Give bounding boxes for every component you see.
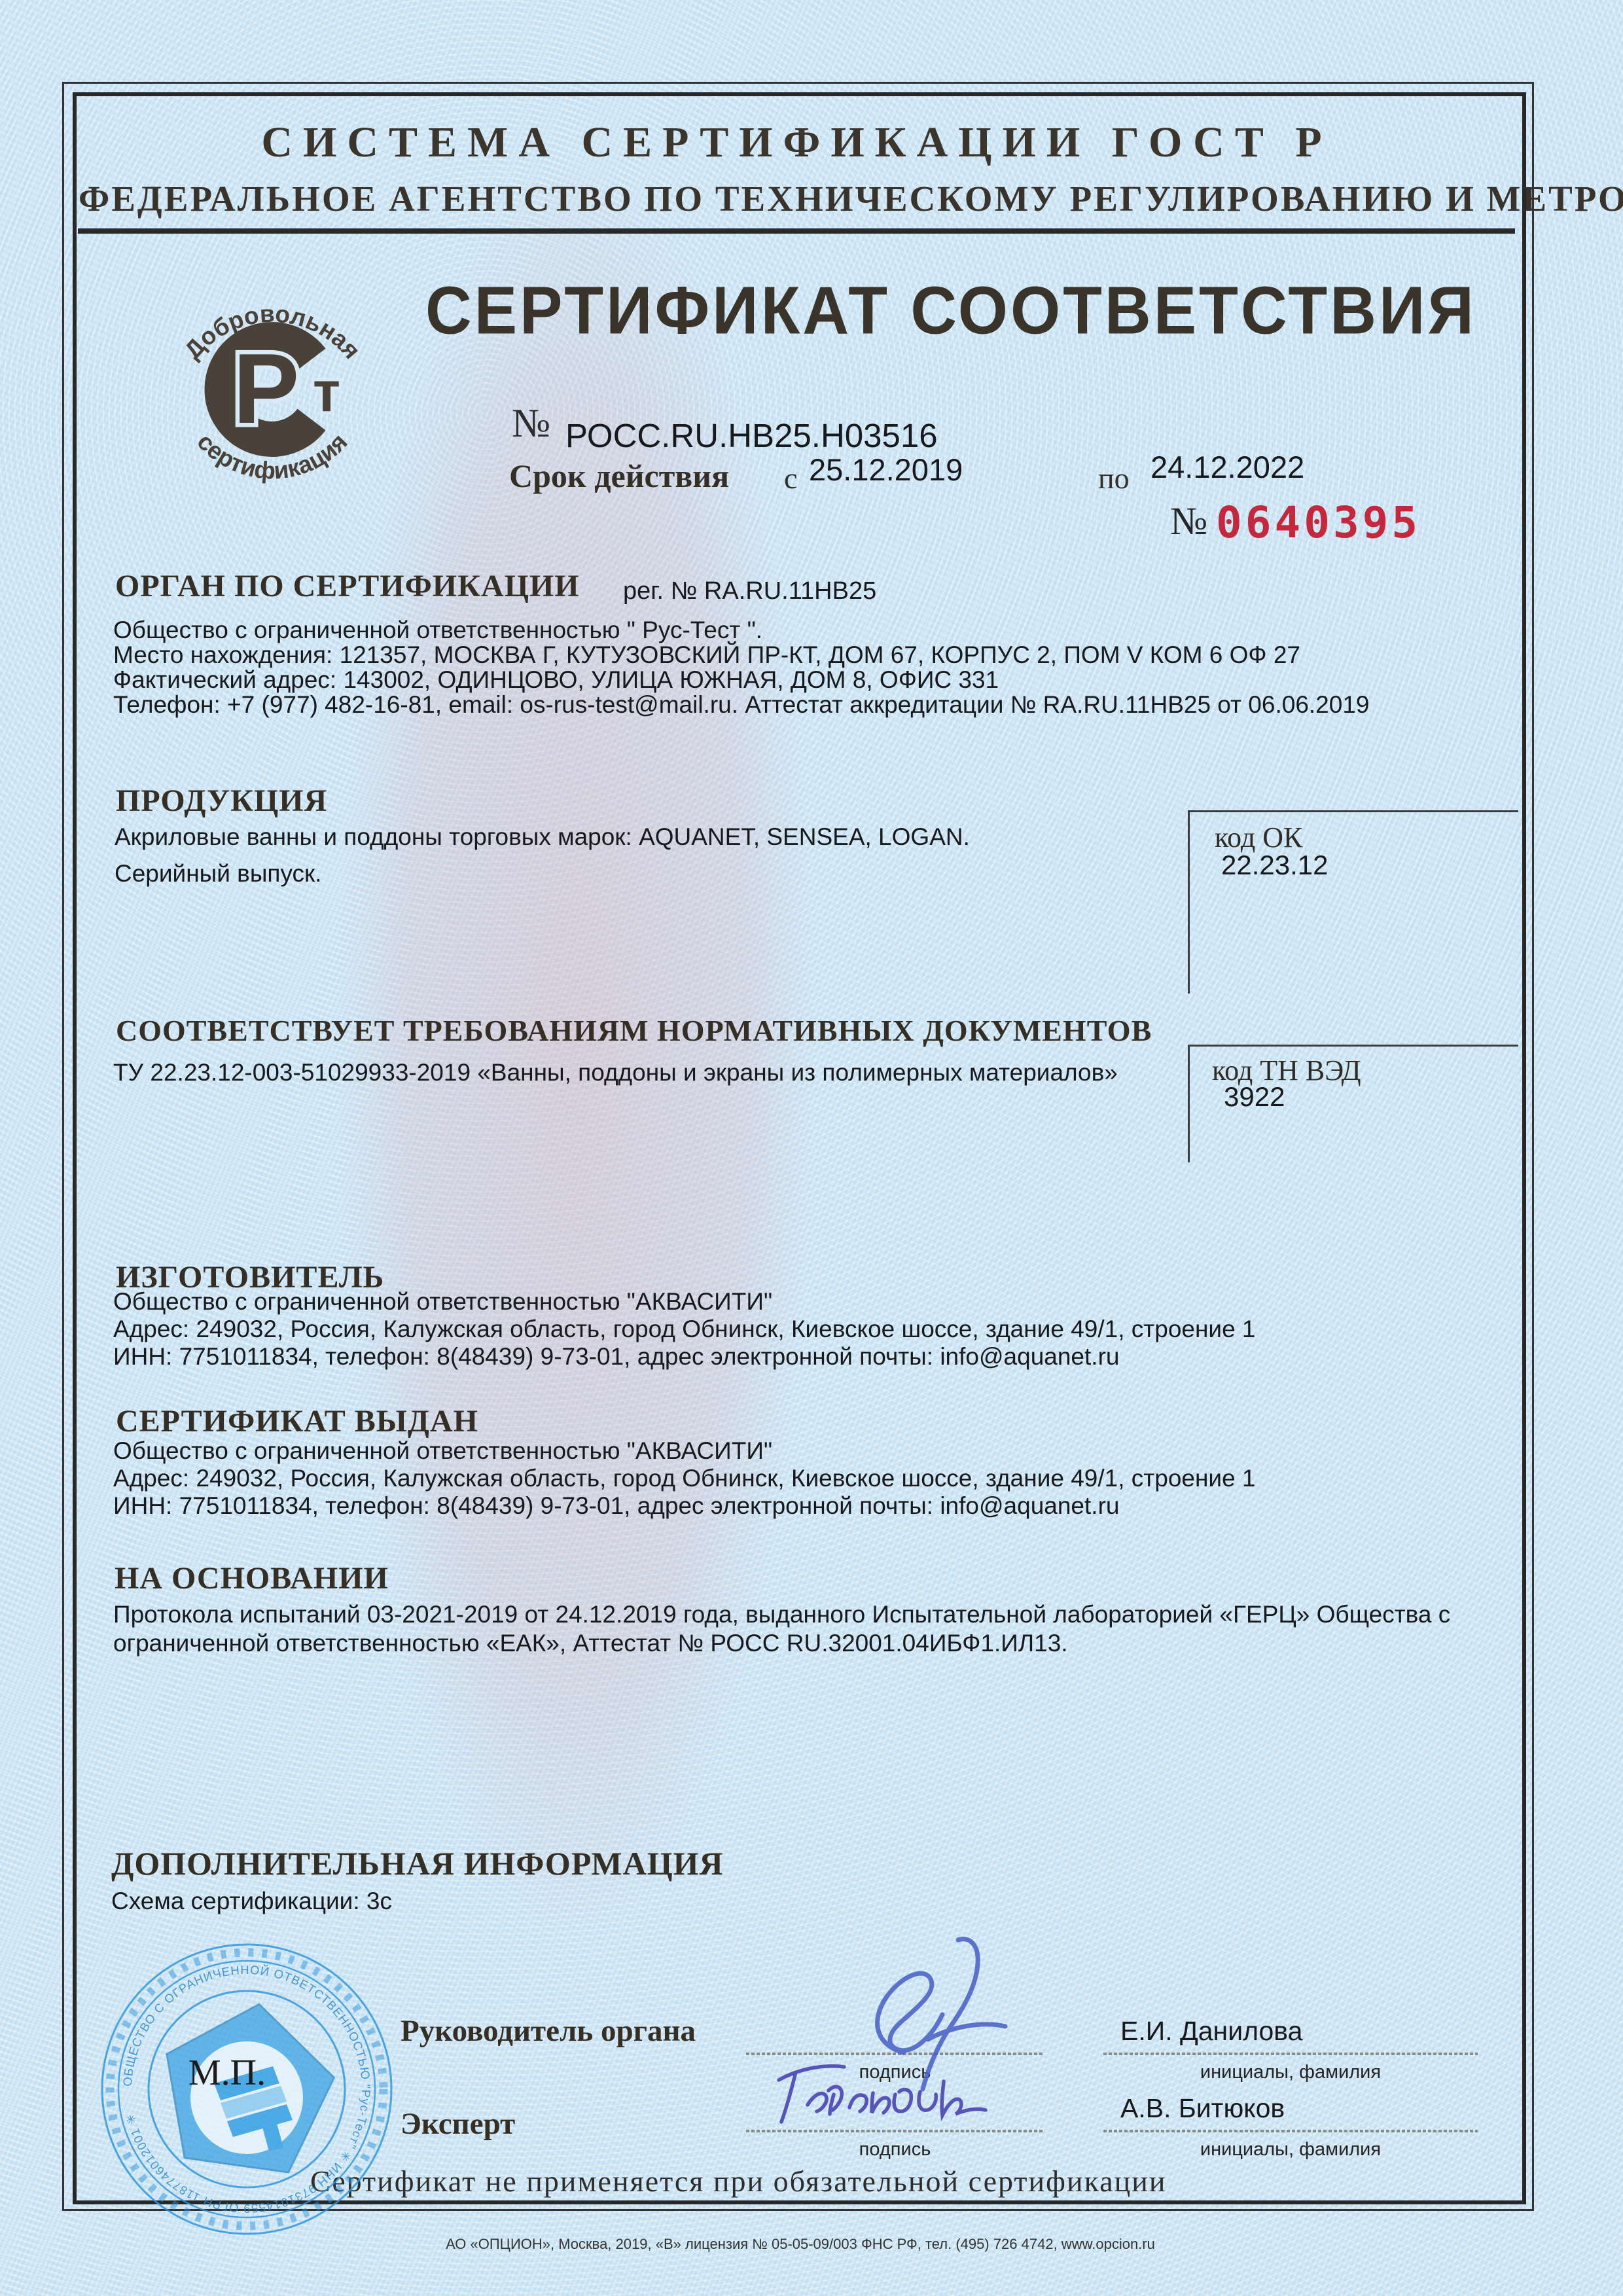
manufacturer-line: Общество с ограниченной ответственностью… (113, 1288, 772, 1316)
validity-from-date: 25.12.2019 (809, 452, 963, 488)
expert-name-value: А.В. Битюков (1120, 2093, 1285, 2124)
product-line: Серийный выпуск. (115, 860, 322, 888)
logo-letter-t: т (313, 361, 340, 423)
section-issued-heading: СЕРТИФИКАТ ВЫДАН (116, 1403, 478, 1439)
code-tnved-box-border (1188, 1045, 1518, 1047)
expert-name-line (1103, 2130, 1478, 2132)
document-title: СЕРТИФИКАТ СООТВЕТСТВИЯ (425, 272, 1476, 350)
certification-system-title: СИСТЕМА СЕРТИФИКАЦИИ ГОСТ Р (79, 118, 1515, 168)
basis-line: Протокола испытаний 03-2021-2019 от 24.1… (113, 1601, 1450, 1628)
code-ok-value: 22.23.12 (1221, 850, 1329, 881)
cert-number-value: РОСС.RU.НВ25.Н03516 (565, 416, 938, 455)
validity-label: Срок действия (509, 457, 729, 495)
section-product-heading: ПРОДУКЦИЯ (116, 783, 327, 819)
org-round-stamp: ОБЩЕСТВО С ОГРАНИЧЕННОЙ ОТВЕТСТВЕННОСТЬЮ… (90, 1929, 404, 2256)
stamp-mp-label: М.П. (188, 2053, 266, 2093)
validity-to-date: 24.12.2022 (1150, 449, 1304, 485)
section-conformity-heading: СООТВЕТСТВУЕТ ТРЕБОВАНИЯМ НОРМАТИВНЫХ ДО… (116, 1013, 1152, 1048)
manufacturer-line: ИНН: 7751011834, телефон: 8(48439) 9-73-… (113, 1343, 1119, 1371)
validity-to-label: по (1098, 461, 1130, 495)
issued-line: Общество с ограниченной ответственностью… (113, 1437, 772, 1465)
certificate-page: СИСТЕМА СЕРТИФИКАЦИИ ГОСТ Р ФЕДЕРАЛЬНОЕ … (0, 0, 1623, 2296)
head-name-line (1103, 2053, 1478, 2055)
rst-logo-icon: Добровольная сертификация Р т (156, 274, 389, 493)
organ-line: Телефон: +7 (977) 482-16-81, email: os-r… (113, 691, 1369, 719)
issued-line: Адрес: 249032, Россия, Калужская область… (113, 1465, 1256, 1492)
expert-signature-ink (774, 2056, 990, 2132)
product-line: Акриловые ванны и поддоны торговых марок… (115, 823, 970, 851)
expert-name-caption: инициалы, фамилия (1103, 2139, 1478, 2161)
serial-number-value: 0640395 (1216, 497, 1421, 548)
code-tnved-box-border (1188, 1045, 1190, 1162)
cert-number-mark: № (512, 401, 550, 447)
organ-line: Общество с ограниченной ответственностью… (113, 617, 762, 644)
expert-role-label: Эксперт (401, 2106, 515, 2142)
code-tnved-value: 3922 (1224, 1081, 1285, 1113)
organ-line: Фактический адрес: 143002, ОДИНЦОВО, УЛИ… (113, 666, 999, 694)
logo-letter-p: Р (233, 333, 299, 444)
issued-line: ИНН: 7751011834, телефон: 8(48439) 9-73-… (113, 1492, 1119, 1520)
code-ok-box-border (1188, 810, 1190, 994)
expert-signature-caption: подпись (746, 2139, 1044, 2161)
validity-from-label: с (784, 461, 797, 495)
organ-line: Место нахождения: 121357, МОСКВА Г, КУТУ… (113, 641, 1300, 669)
organ-reg-number: рег. № RA.RU.11НВ25 (623, 577, 876, 605)
basis-line: ограниченной ответственностью «ЕАК», Атт… (113, 1630, 1068, 1657)
serial-number-mark: № (1170, 499, 1207, 544)
head-name-caption: инициалы, фамилия (1103, 2062, 1478, 2083)
code-ok-box-border (1188, 810, 1518, 812)
additional-line: Схема сертификации: 3с (111, 1888, 392, 1915)
head-name-value: Е.И. Данилова (1120, 2016, 1302, 2047)
head-role-label: Руководитель органа (401, 2013, 696, 2049)
section-additional-heading: ДОПОЛНИТЕЛЬНАЯ ИНФОРМАЦИЯ (111, 1844, 724, 1882)
conformity-line: ТУ 22.23.12-003-51029933-2019 «Ванны, по… (113, 1059, 1118, 1086)
printer-imprint: АО «ОПЦИОН», Москва, 2019, «В» лицензия … (391, 2236, 1209, 2253)
section-organ-heading: ОРГАН ПО СЕРТИФИКАЦИИ (115, 568, 580, 604)
section-basis-heading: НА ОСНОВАНИИ (115, 1560, 389, 1596)
federal-agency-title: ФЕДЕРАЛЬНОЕ АГЕНТСТВО ПО ТЕХНИЧЕСКОМУ РЕ… (79, 178, 1515, 219)
manufacturer-line: Адрес: 249032, Россия, Калужская область… (113, 1316, 1256, 1343)
footer-note: Сертификат не применяется при обязательн… (310, 2164, 1167, 2198)
header-divider (78, 228, 1515, 234)
